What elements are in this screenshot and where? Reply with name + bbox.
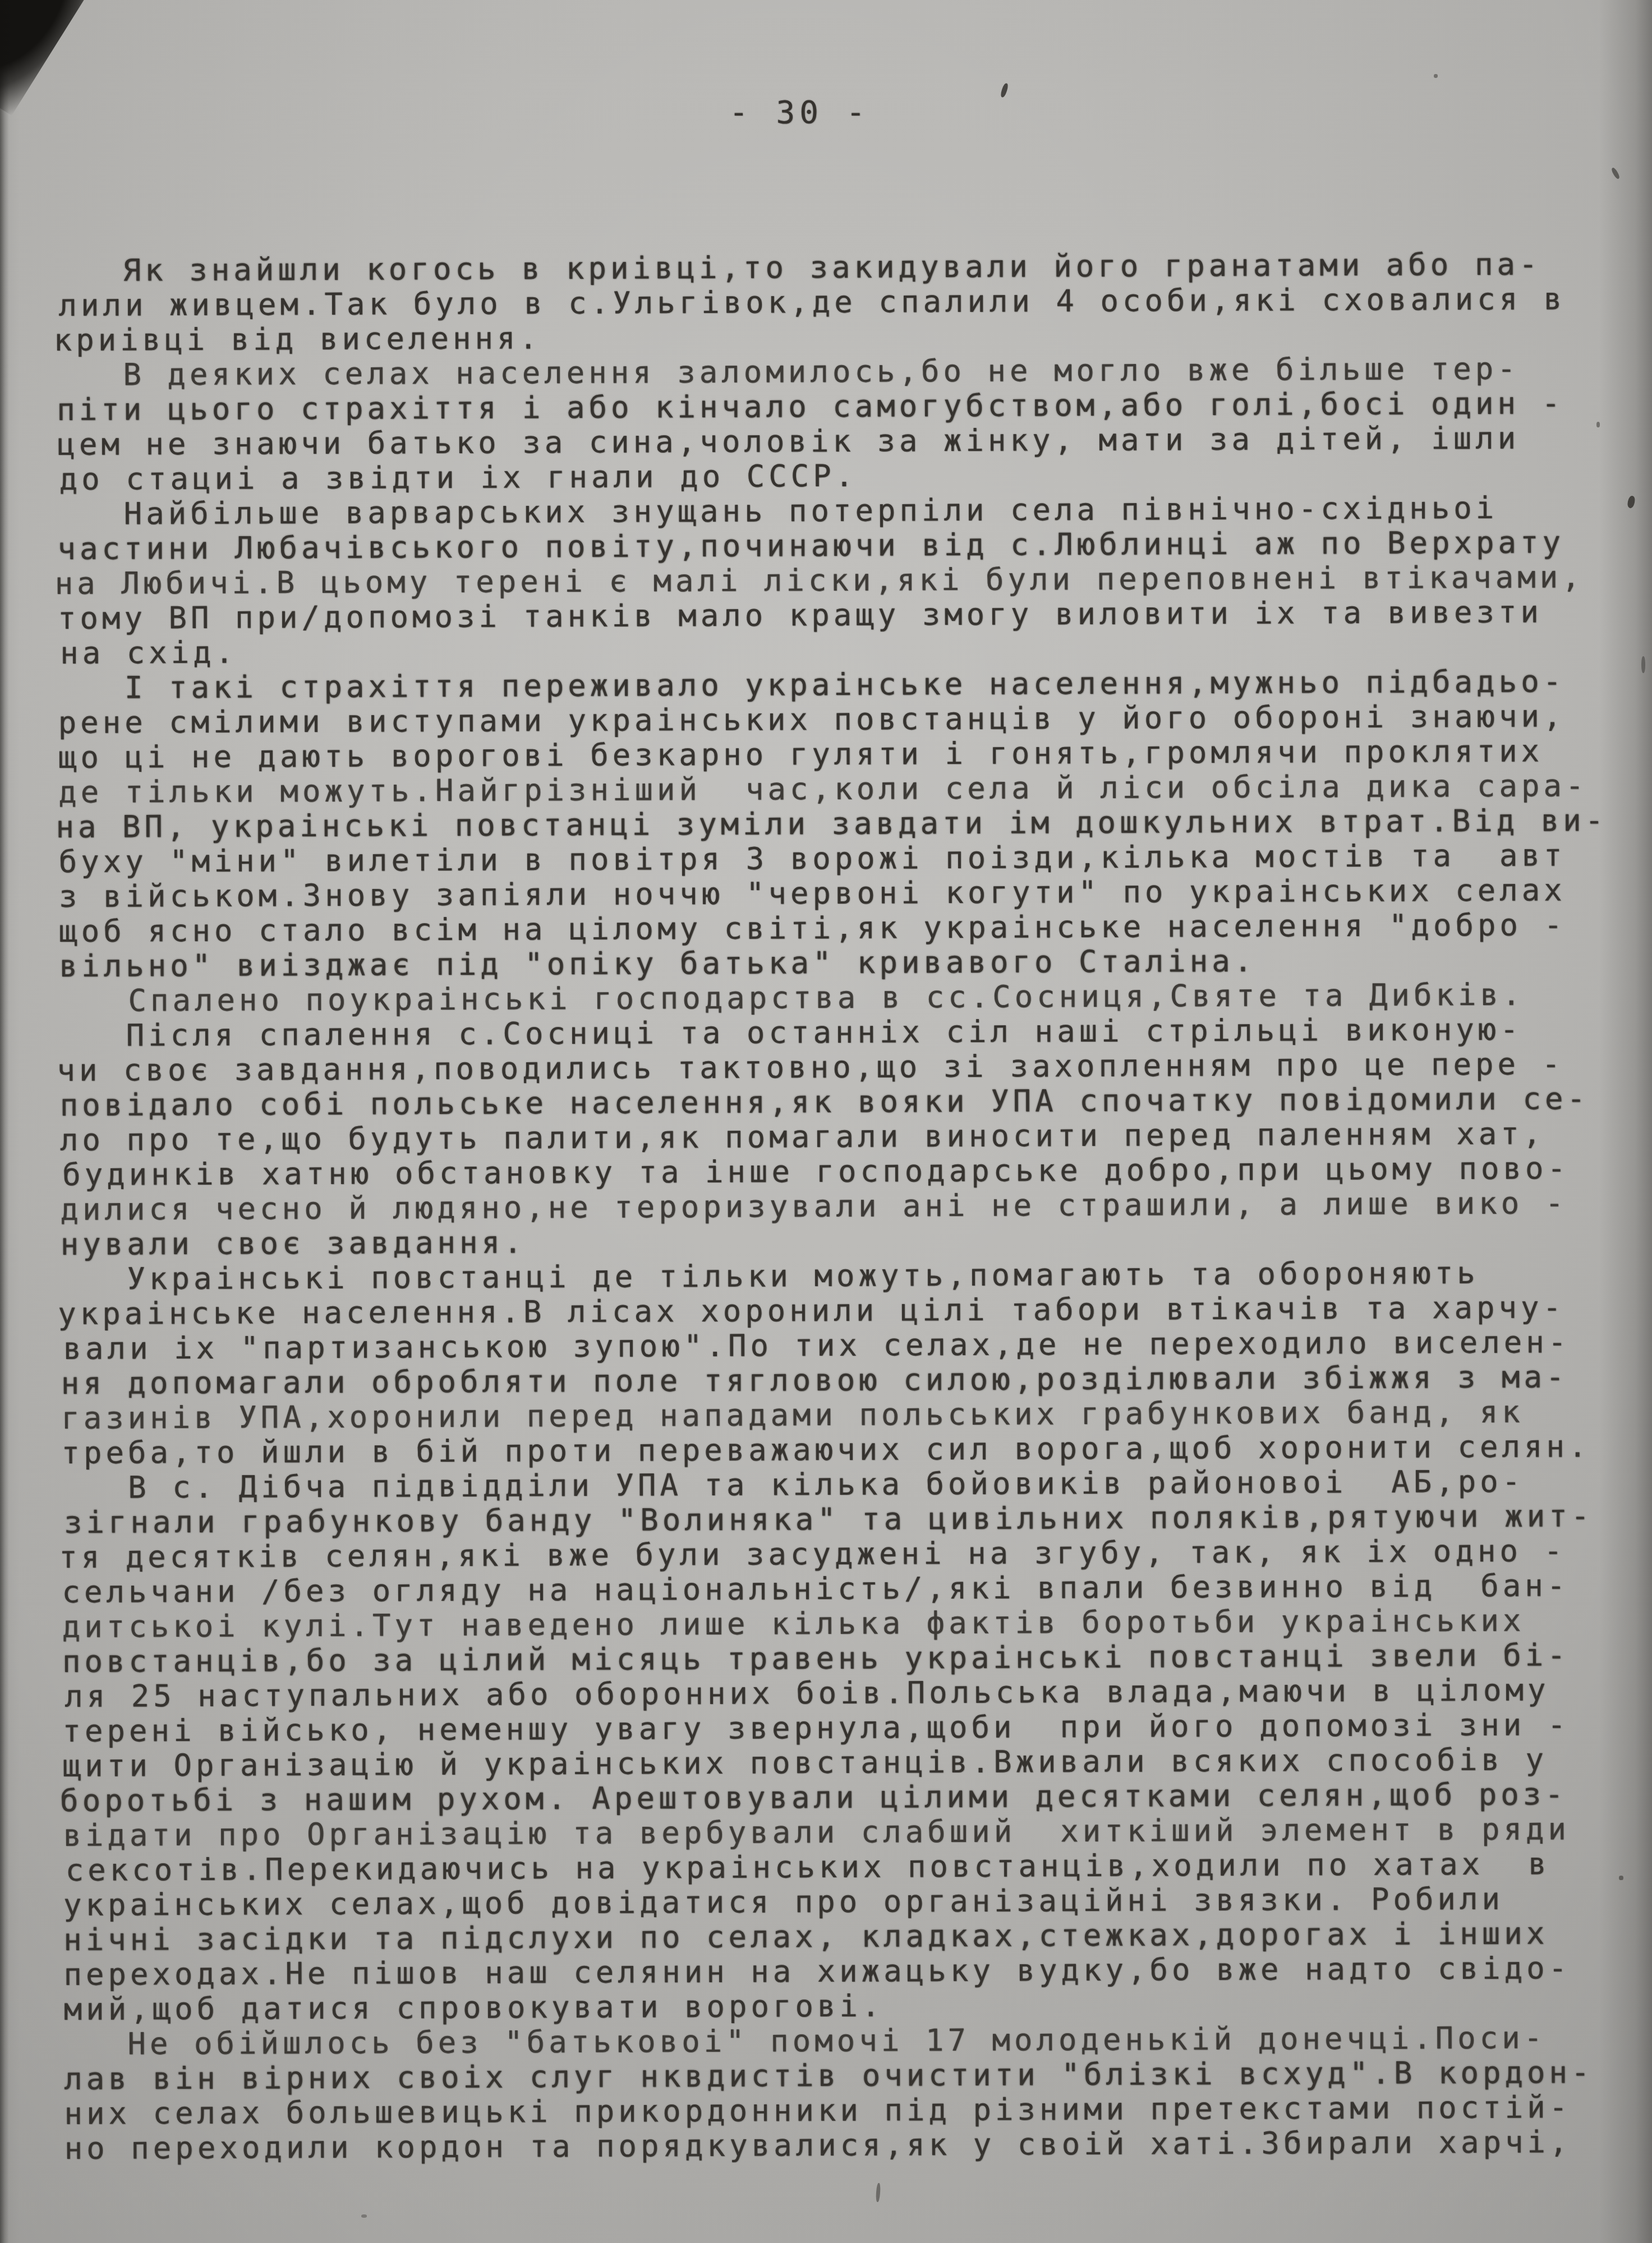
scan-speck [361, 2214, 367, 2218]
text-line: вали іх "партизанською зупою".По тих сел… [63, 1325, 1614, 1366]
text-line: дитськоі кулі.Тут наведено лише кілька ф… [62, 1603, 1614, 1645]
text-line: В деяких селах населення заломилось,бо н… [57, 351, 1608, 393]
text-line: сексотів.Перекидаючись на украінських по… [65, 1846, 1617, 1888]
scan-speck [1641, 656, 1645, 673]
scan-speck [1596, 422, 1600, 427]
scan-speck [876, 2183, 881, 2202]
scan-corner-shadow [0, 0, 86, 116]
text-line: газинів УПА,хоронили перед нападами поль… [61, 1394, 1613, 1436]
text-line: на Любичі.В цьому терені є малі ліски,як… [54, 560, 1606, 601]
text-line: ля 25 наступальних або оборонних боів.По… [65, 1673, 1616, 1714]
text-line: дилися чесно й людяно,не тероризували ан… [60, 1186, 1612, 1227]
document-body: Як знайшли когось в криівці,то закидувал… [56, 247, 1616, 2166]
text-line: Спалено поукраінські господарства в сс.С… [62, 977, 1613, 1019]
text-line: чи своє завдання,поводились тактовно,що … [57, 1047, 1608, 1088]
text-line: но переходили кордон та порядкувалися,як… [65, 2125, 1616, 2166]
scan-speck [1619, 1876, 1623, 1880]
scan-left-edge-shadow [0, 0, 9, 2243]
scan-speck [1627, 495, 1636, 509]
text-line: на схід. [60, 629, 1612, 671]
page-number: - 30 - [729, 94, 869, 131]
text-line: на ВП, украінські повстанці зуміли завда… [56, 803, 1607, 845]
text-line: переходах.Не пішов наш селянин на хижаць… [63, 1951, 1615, 1992]
scan-speck [1000, 82, 1009, 98]
text-line: Не обійшлось без "батьковоі" помочі 17 м… [61, 2020, 1613, 2062]
text-line: до стациі а звідти іх гнали до СССР. [59, 455, 1611, 497]
text-line: тя десятків селян,які вже були засуджені… [59, 1533, 1610, 1575]
scanned-page: - 30 - Як знайшли когось в криівці,то за… [0, 0, 1652, 2243]
text-line: щоб ясно стало всім на цілому світі,як у… [59, 908, 1610, 949]
scan-speck [1295, 2138, 1300, 2143]
scan-speck [1434, 74, 1438, 78]
scan-speck [1610, 167, 1621, 179]
